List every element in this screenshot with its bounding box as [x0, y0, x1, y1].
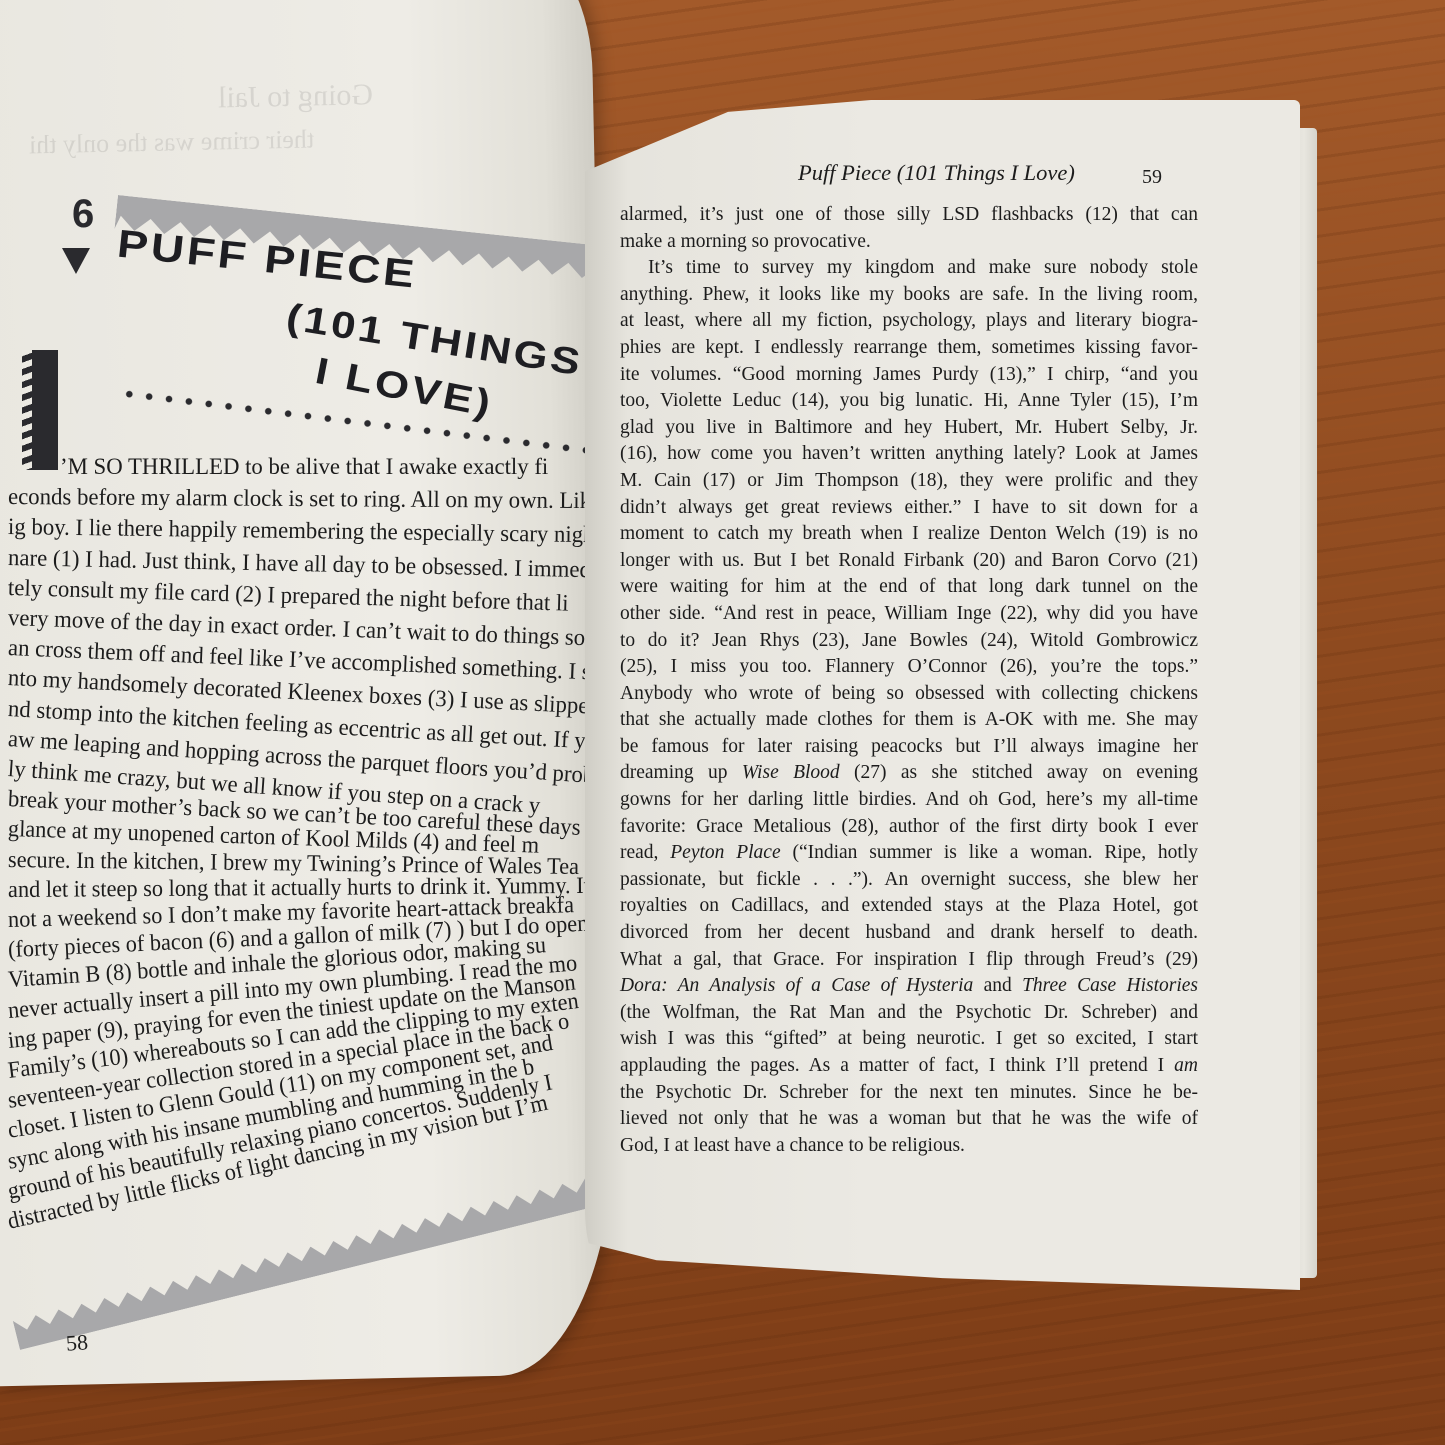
text-line: econds before my alarm clock is set to r…: [8, 482, 580, 516]
text-line: wish I was this “gifted” at being neurot…: [620, 1026, 1198, 1053]
text-line: that she actually made clothes for them …: [620, 707, 1198, 734]
text-line: too, Violette Leduc (14), you big lunati…: [620, 388, 1198, 415]
chapter-number: 6: [72, 192, 94, 237]
right-page-body: alarmed, it’s just one of those silly LS…: [620, 202, 1198, 1159]
text-line: royalties on Cadillacs, and extended sta…: [620, 893, 1198, 920]
text-line: (25), I miss you too. Flannery O’Connor …: [620, 654, 1198, 681]
text-line: lieved not only that he was a woman but …: [620, 1106, 1198, 1133]
show-through-text: Going to Jail: [218, 78, 374, 115]
text-line: make a morning so provocative.: [620, 229, 1198, 256]
text-line: didn’t always get great reviews either.”…: [620, 495, 1198, 522]
text-line: It’s time to survey my kingdom and make …: [620, 255, 1198, 282]
text-line: M. Cain (17) or Jim Thompson (18), they …: [620, 468, 1198, 495]
text-line: at least, where all my fiction, psycholo…: [620, 308, 1198, 335]
text-line: be famous for later raising peacocks but…: [620, 734, 1198, 761]
text-line: (16), how come you haven’t written anyth…: [620, 441, 1198, 468]
left-page-body: ’M SO THRILLED to be alive that I awake …: [8, 452, 598, 1237]
text-line: dreaming up Wise Blood (27) as she stitc…: [620, 760, 1198, 787]
show-through-text: their crime was the only thi: [29, 124, 315, 160]
text-line: the Psychotic Dr. Schreber for the next …: [620, 1080, 1198, 1107]
text-line: ’M SO THRILLED to be alive that I awake …: [60, 452, 632, 482]
text-line: Dora: An Analysis of a Case of Hysteria …: [620, 973, 1198, 1000]
running-head: Puff Piece (101 Things I Love): [798, 160, 1075, 186]
text-line: to do it? Jean Rhys (23), Jane Bowles (2…: [620, 628, 1198, 655]
text-line: God, I at least have a chance to be reli…: [620, 1133, 1198, 1160]
page-number-right: 59: [1142, 166, 1162, 189]
text-line: moment to catch my breath when I realize…: [620, 521, 1198, 548]
text-line: What a gal, that Grace. For inspiration …: [620, 947, 1198, 974]
text-line: anything. Phew, it looks like my books a…: [620, 282, 1198, 309]
text-line: passionate, but fickle . . .”). An overn…: [620, 867, 1198, 894]
text-line: favorite: Grace Metalious (28), author o…: [620, 814, 1198, 841]
text-line: phies are kept. I endlessly rearrange th…: [620, 335, 1198, 362]
text-line: Anybody who wrote of being so obsessed w…: [620, 681, 1198, 708]
text-line: longer with us. But I bet Ronald Firbank…: [620, 548, 1198, 575]
text-line: ite volumes. “Good morning James Purdy (…: [620, 362, 1198, 389]
text-line: applauding the pages. As a matter of fac…: [620, 1053, 1198, 1080]
text-line: other side. “And rest in peace, William …: [620, 601, 1198, 628]
text-line: read, Peyton Place (“Indian summer is li…: [620, 840, 1198, 867]
text-line: alarmed, it’s just one of those silly LS…: [620, 202, 1198, 229]
text-line: were waiting for him at the end of that …: [620, 574, 1198, 601]
text-line: divorced from her decent husband and dra…: [620, 920, 1198, 947]
page-number-left: 58: [65, 1329, 89, 1356]
text-line: glad you live in Baltimore and hey Huber…: [620, 415, 1198, 442]
triangle-down-icon: [62, 248, 90, 274]
text-line: (the Wolfman, the Rat Man and the Psycho…: [620, 1000, 1198, 1027]
text-line: gowns for her darling little birdies. An…: [620, 787, 1198, 814]
